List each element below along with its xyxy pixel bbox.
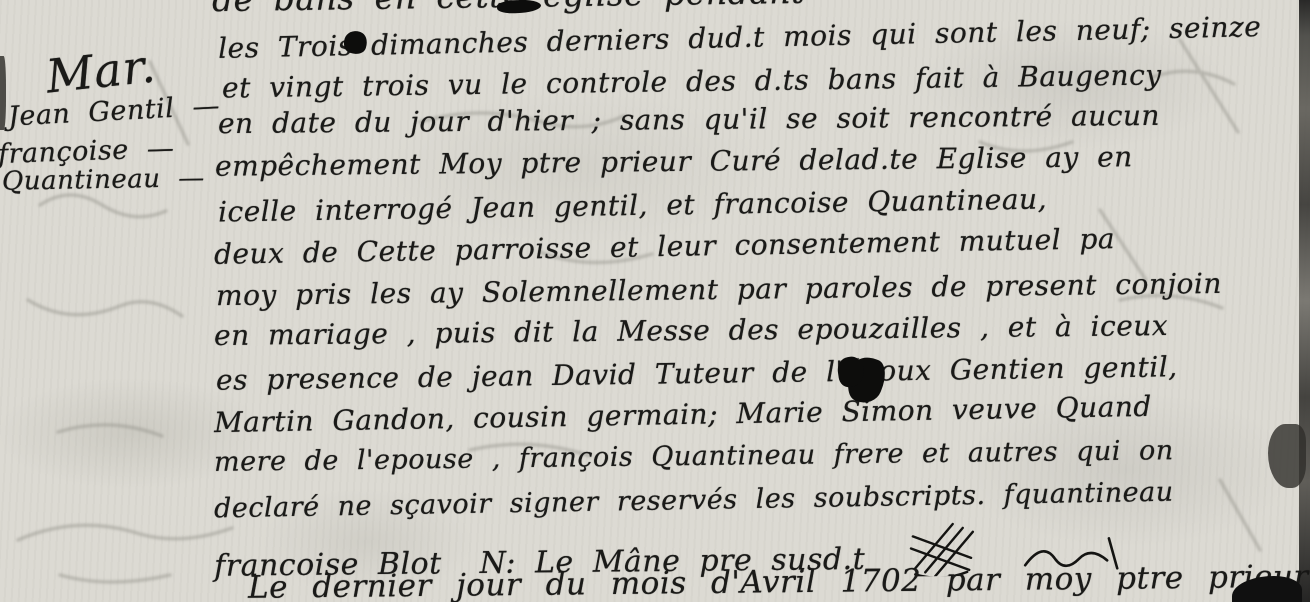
manuscript-scan: Mar. Jean Gentil — françoise — Quantinea… (0, 0, 1310, 602)
manuscript-line: les Trois dimanches derniers dud.t mois … (218, 10, 1262, 65)
manuscript-line: moy pris les ay Solemnellement par parol… (216, 267, 1222, 312)
manuscript-line: Martin Gandon, cousin germain; Marie Sim… (214, 390, 1152, 439)
margin-bride-lastname: Quantineau — (2, 163, 205, 197)
page-edge-stain (0, 56, 6, 130)
page-edge-stain (1268, 424, 1306, 488)
manuscript-line: icelle interrogé Jean gentil, et francoi… (218, 182, 1047, 228)
page-edge-shadow (1299, 0, 1310, 602)
manuscript-line: deux de Cette parroisse et leur consente… (214, 222, 1116, 271)
manuscript-line: mere de l'epouse , françois Quantineau f… (214, 435, 1174, 478)
manuscript-line: en mariage , puis dit la Messe des epouz… (214, 309, 1168, 352)
manuscript-line: en date du jour d'hier ; sans qu'il se s… (218, 99, 1160, 140)
manuscript-line: es presence de jean David Tuteur de l'ép… (216, 350, 1178, 396)
manuscript-line: et vingt trois vu le controle des d.ts b… (222, 58, 1162, 104)
margin-groom-name: Jean Gentil — (7, 90, 220, 132)
manuscript-line: empêchement Moy ptre prieur Curé delad.t… (215, 140, 1133, 183)
